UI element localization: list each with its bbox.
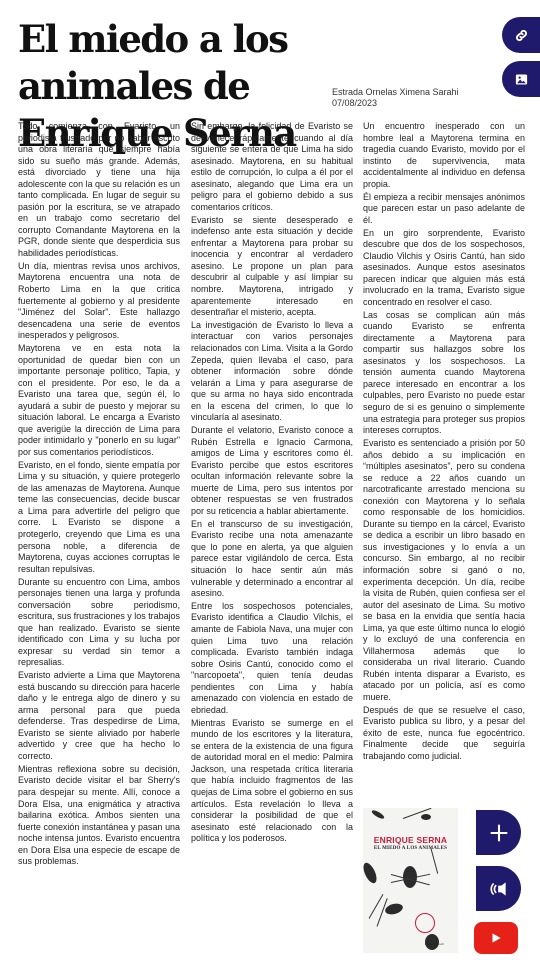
bestseller-stamp — [415, 913, 435, 933]
paragraph: Él empieza a recibir mensajes anónimos q… — [363, 192, 525, 227]
paragraph: Sin embargo, la felicidad de Evaristo se… — [191, 121, 353, 213]
book-cover-image: ENRIQUE SERNA EL MIEDO A LOS ANIMALES DE… — [363, 808, 458, 953]
column-2: Sin embargo, la felicidad de Evaristo se… — [191, 121, 353, 846]
author-name: Estrada Ornelas Ximena Sarahi — [332, 87, 459, 98]
publish-date: 07/08/2023 — [332, 98, 459, 109]
paragraph: Un día, mientras revisa unos archivos, M… — [18, 261, 180, 342]
image-icon — [514, 72, 529, 87]
paragraph: Evaristo advierte a Lima que Maytorena e… — [18, 670, 180, 762]
paragraph: Evaristo, en el fondo, siente empatía po… — [18, 460, 180, 575]
paragraph: Después de que se resuelve el caso, Evar… — [363, 705, 525, 763]
youtube-button[interactable] — [474, 922, 518, 954]
plus-icon — [489, 823, 509, 843]
paragraph: En un giro sorprendente, Evaristo descub… — [363, 228, 525, 309]
paragraph: Durante el velatorio, Evaristo conoce a … — [191, 425, 353, 517]
column-1: Todo comienza con Evaristo, un periodist… — [18, 121, 180, 869]
paragraph: Mientras reflexiona sobre su decisión, E… — [18, 764, 180, 868]
speaker-icon — [489, 879, 509, 899]
audio-button[interactable] — [476, 866, 521, 911]
add-button[interactable] — [476, 810, 521, 855]
paragraph: Entre los sospechosos potenciales, Evari… — [191, 601, 353, 716]
paragraph: Maytorena ve en esta nota la oportunidad… — [18, 343, 180, 458]
byline: Estrada Ornelas Ximena Sarahi 07/08/2023 — [332, 87, 459, 109]
paragraph: En el transcurso de su investigación, Ev… — [191, 519, 353, 600]
paragraph: Evaristo es sentenciado a prisión por 50… — [363, 438, 525, 704]
paragraph: Evaristo se siente desesperado e indefen… — [191, 215, 353, 319]
link-icon — [514, 28, 529, 43]
column-3: Un encuentro inesperado con un hombre le… — [363, 121, 525, 764]
image-gallery-button[interactable] — [502, 61, 540, 97]
paragraph: Todo comienza con Evaristo, un periodist… — [18, 121, 180, 260]
paragraph: Las cosas se complican aún más cuando Ev… — [363, 310, 525, 437]
paragraph: Durante su encuentro con Lima, ambos per… — [18, 577, 180, 669]
paragraph: Mientras Evaristo se sumerge en el mundo… — [191, 718, 353, 845]
play-icon — [489, 931, 503, 945]
copy-link-button[interactable] — [502, 17, 540, 53]
paragraph: Un encuentro inesperado con un hombre le… — [363, 121, 525, 190]
cover-author: ENRIQUE SERNA — [363, 835, 458, 845]
cover-title: EL MIEDO A LOS ANIMALES — [363, 846, 458, 851]
cover-publisher: DEBOLSILLO — [425, 942, 444, 946]
paragraph: La investigación de Evaristo lo lleva a … — [191, 320, 353, 424]
